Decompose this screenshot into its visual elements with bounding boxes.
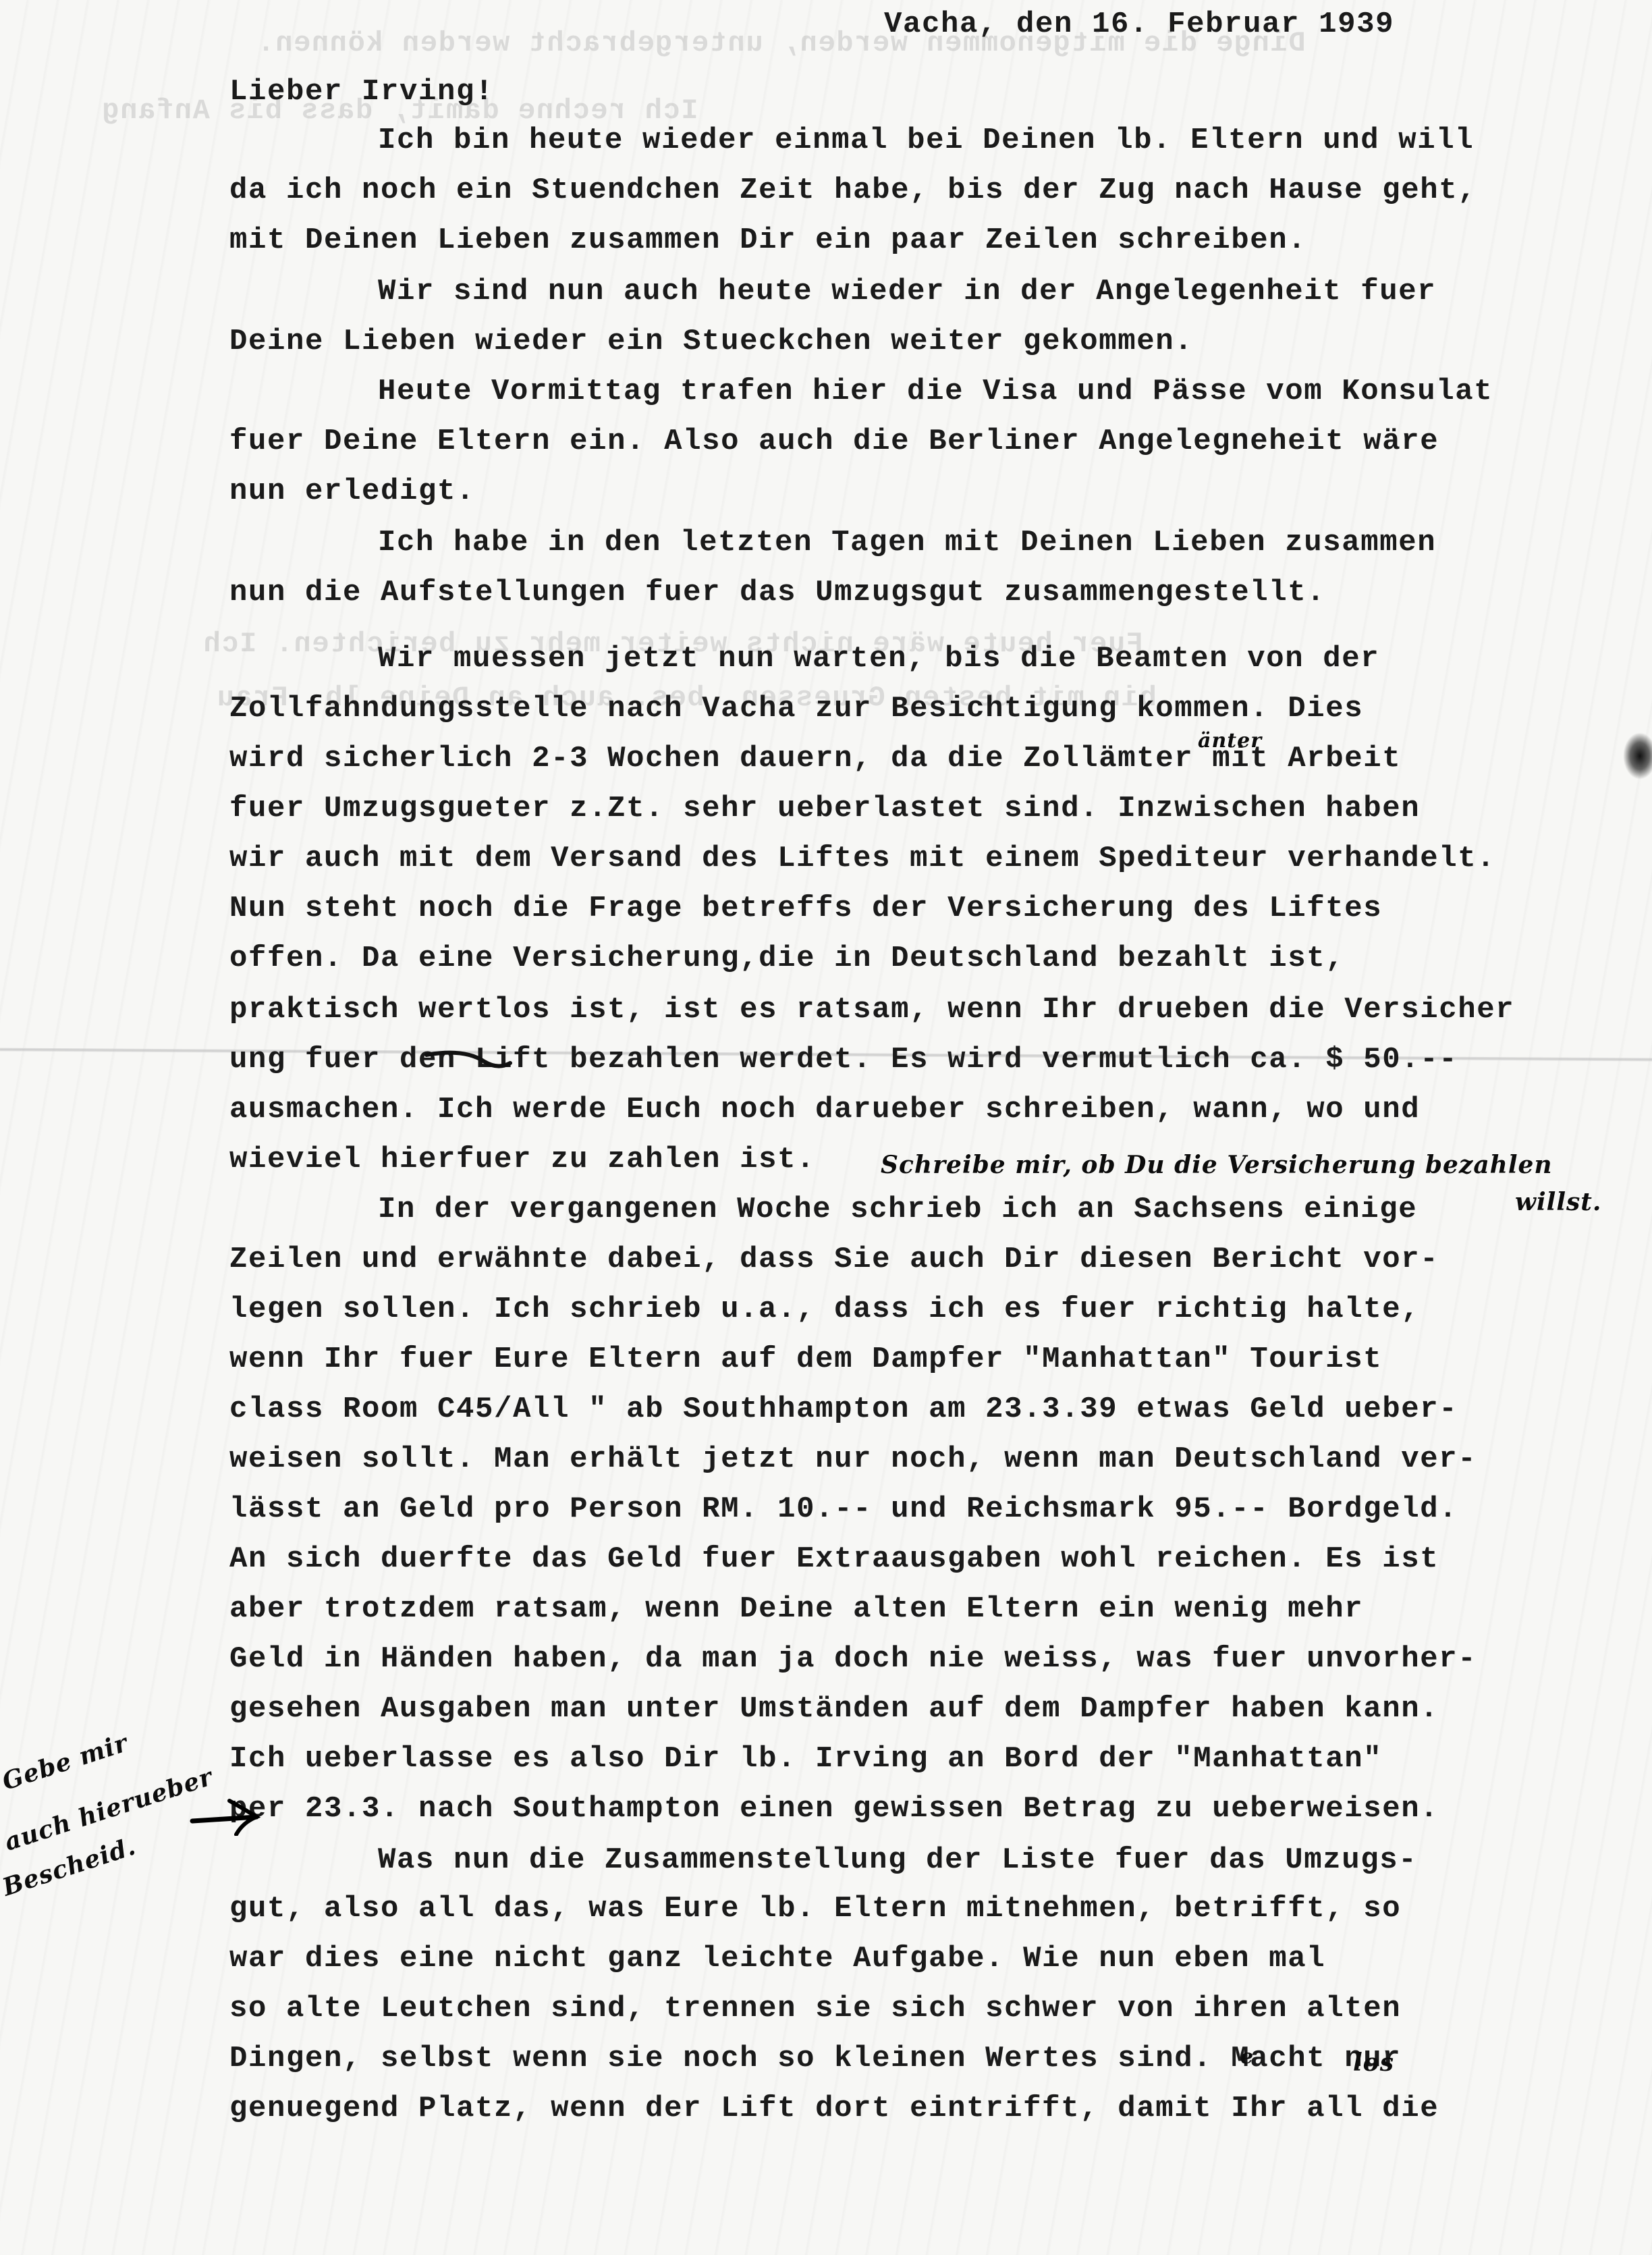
letter-line: aber trotzdem ratsam, wenn Deine alten E… xyxy=(229,1590,1363,1628)
letter-line: legen sollen. Ich schrieb u.a., dass ich… xyxy=(229,1290,1420,1328)
letter-salutation: Lieber Irving! xyxy=(229,73,494,111)
letter-line: Wir muessen jetzt nun warten, bis die Be… xyxy=(378,640,1379,678)
handwritten-note: willst. xyxy=(1515,1188,1601,1216)
letter-line: Ich bin heute wieder einmal bei Deinen l… xyxy=(378,121,1474,159)
handwritten-correction: los xyxy=(1353,2048,1394,2077)
letter-line: Deine Lieben wieder ein Stueckchen weite… xyxy=(229,323,1193,360)
letter-line: Ich ueberlasse es also Dir lb. Irving an… xyxy=(229,1740,1382,1778)
letter-line: Ich habe in den letzten Tagen mit Deinen… xyxy=(378,524,1436,562)
letter-line: offen. Da eine Versicherung,die in Deuts… xyxy=(229,940,1344,977)
letter-line: mit Deinen Lieben zusammen Dir ein paar … xyxy=(229,221,1306,259)
letter-line: Zeilen und erwähnte dabei, dass Sie auch… xyxy=(229,1241,1439,1278)
letter-line: weisen sollt. Man erhält jetzt nur noch,… xyxy=(229,1440,1477,1478)
handwritten-correction: e xyxy=(1240,2045,1254,2069)
letter-line: Dingen, selbst wenn sie noch so kleinen … xyxy=(229,2040,1401,2077)
letter-line: In der vergangenen Woche schrieb ich an … xyxy=(378,1191,1417,1228)
letter-line: class Room C45/All " ab Southhampton am … xyxy=(229,1390,1458,1428)
arrow-icon xyxy=(189,1795,263,1836)
letter-line: ung fuer den Lift bezahlen werdet. Es wi… xyxy=(229,1041,1458,1079)
letter-line: wenn Ihr fuer Eure Eltern auf dem Dampfe… xyxy=(229,1340,1382,1378)
letter-line: genuegend Platz, wenn der Lift dort eint… xyxy=(229,2090,1439,2127)
letter-place-date: Vacha, den 16. Februar 1939 xyxy=(884,5,1394,43)
handwritten-mark xyxy=(424,1048,518,1075)
letter-line: wieviel hierfuer zu zahlen ist. xyxy=(229,1141,815,1178)
letter-line: gesehen Ausgaben man unter Umständen auf… xyxy=(229,1690,1439,1728)
letter-line: gut, also all das, was Eure lb. Eltern m… xyxy=(229,1890,1401,1928)
letter-line: fuer Umzugsgueter z.Zt. sehr ueberlastet… xyxy=(229,790,1420,827)
letter-line: praktisch wertlos ist, ist es ratsam, we… xyxy=(229,991,1514,1029)
letter-line: Nun steht noch die Frage betreffs der Ve… xyxy=(229,890,1382,927)
letter-line: An sich duerfte das Geld fuer Extraausga… xyxy=(229,1540,1439,1578)
letter-line: Zollfahndungsstelle nach Vacha zur Besic… xyxy=(229,690,1363,728)
letter-line: lässt an Geld pro Person RM. 10.-- und R… xyxy=(229,1490,1458,1528)
letter-line: Heute Vormittag trafen hier die Visa und… xyxy=(378,373,1493,410)
letter-line: so alte Leutchen sind, trennen sie sich … xyxy=(229,1990,1401,2028)
letter-line: ausmachen. Ich werde Euch noch darueber … xyxy=(229,1091,1420,1129)
letter-line: Was nun die Zusammenstellung der Liste f… xyxy=(378,1841,1417,1879)
handwritten-correction: änter xyxy=(1198,729,1262,753)
ink-smudge xyxy=(1623,732,1652,780)
letter-line: wir auch mit dem Versand des Liftes mit … xyxy=(229,840,1495,877)
letter-line: da ich noch ein Stuendchen Zeit habe, bi… xyxy=(229,171,1477,209)
letter-line: nun erledigt. xyxy=(229,472,475,510)
handwritten-note: Schreibe mir, ob Du die Versicherung bez… xyxy=(881,1151,1553,1179)
letter-line: Geld in Händen haben, da man ja doch nie… xyxy=(229,1640,1477,1678)
letter-line: nun die Aufstellungen fuer das Umzugsgut… xyxy=(229,574,1325,612)
letter-line: Wir sind nun auch heute wieder in der An… xyxy=(378,273,1436,310)
letter-line: per 23.3. nach Southampton einen gewisse… xyxy=(229,1790,1439,1828)
letter-line: war dies eine nicht ganz leichte Aufgabe… xyxy=(229,1940,1325,1978)
letter-line: fuer Deine Eltern ein. Also auch die Ber… xyxy=(229,423,1439,460)
